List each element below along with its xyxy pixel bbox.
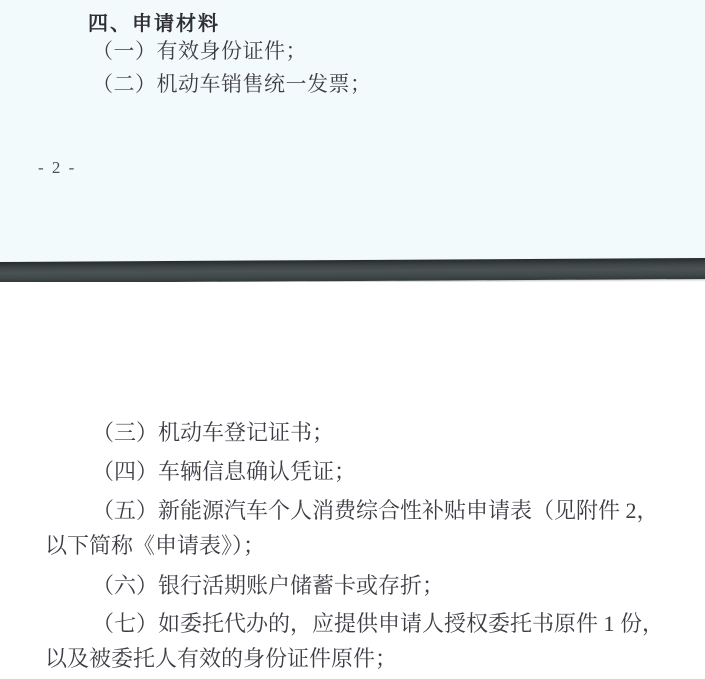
list-item-7-line-1: （七）如委托代办的，应提供申请人授权委托书原件 1 份，: [92, 611, 664, 637]
list-item-3: （三）机动车登记证书；: [92, 420, 334, 446]
section-heading: 四、申请材料: [88, 7, 220, 36]
list-item-5-line-2: 以下简称《申请表》）；: [45, 533, 265, 559]
page-separator-bar: [0, 258, 705, 283]
list-item-1: （一）有效身份证件；: [92, 39, 307, 64]
list-item-4: （四）车辆信息确认凭证；: [92, 459, 356, 485]
list-item-7-line-2: 以及被委托人有效的身份证件原件；: [45, 646, 397, 672]
page-3-fragment: （三）机动车登记证书； （四）车辆信息确认凭证； （五）新能源汽车个人消费综合性…: [0, 282, 705, 679]
list-item-2: （二）机动车销售统一发票；: [92, 72, 372, 97]
page-2-fragment: 四、申请材料 （一）有效身份证件； （二）机动车销售统一发票； - 2 -: [0, 0, 705, 261]
list-item-6: （六）银行活期账户储蓄卡或存折；: [92, 573, 444, 599]
page-number: - 2 -: [38, 158, 76, 178]
document-viewer: 四、申请材料 （一）有效身份证件； （二）机动车销售统一发票； - 2 - （三…: [0, 0, 705, 679]
list-item-5-line-1: （五）新能源汽车个人消费综合性补贴申请表（见附件 2，: [92, 498, 659, 524]
